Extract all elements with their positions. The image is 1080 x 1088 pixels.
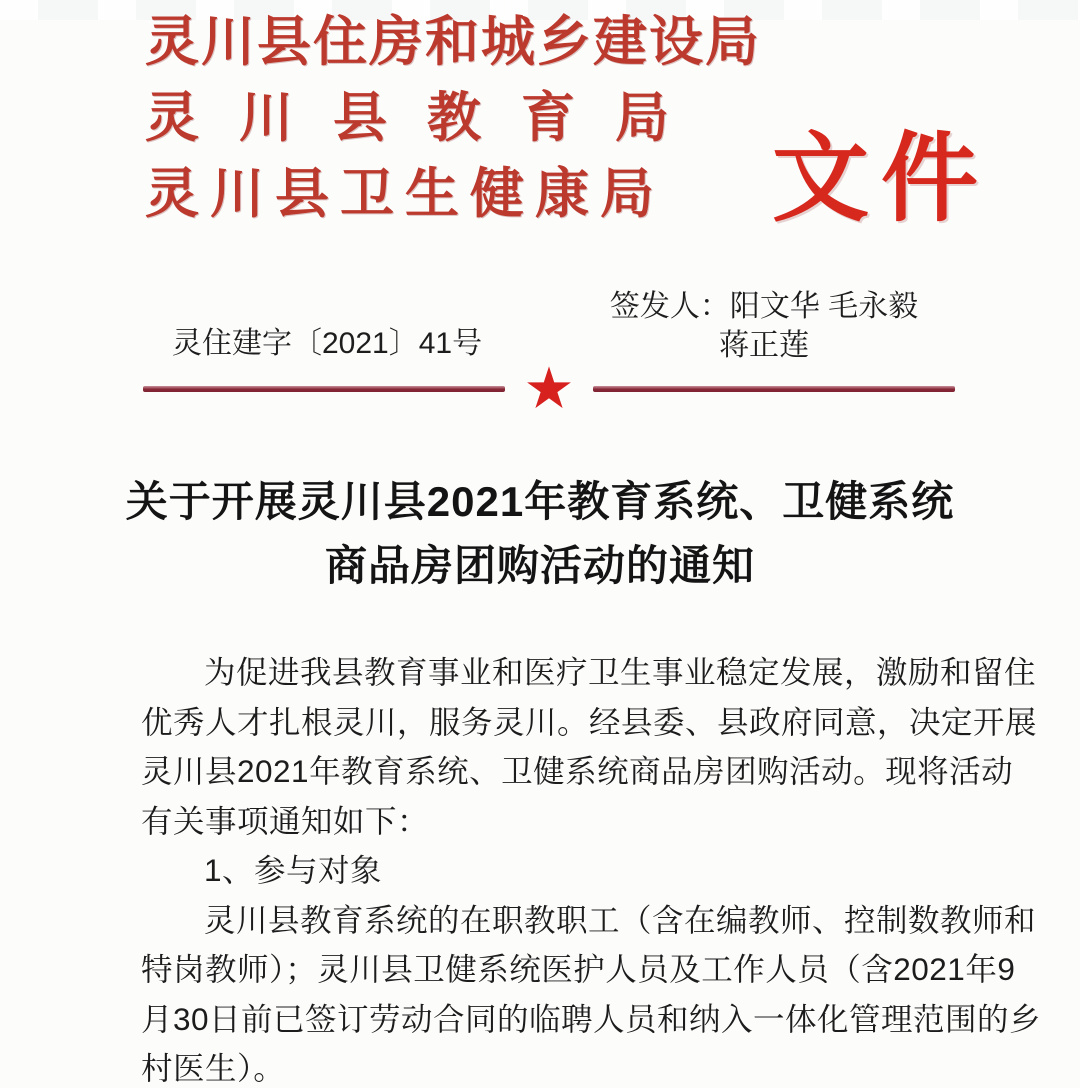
document-title: 关于开展灵川县2021年教育系统、卫健系统 商品房团购活动的通知 — [0, 470, 1080, 598]
body-line: 优秀人才扎根灵川，服务灵川。经县委、县政府同意，决定开展 — [141, 698, 973, 748]
star-icon: ★ — [505, 367, 593, 411]
body-line: 村医生）。 — [141, 1044, 973, 1088]
divider-line-right — [593, 386, 955, 392]
body-line: 有关事项通知如下： — [141, 797, 973, 847]
divider-line-left — [143, 386, 505, 392]
reference-number: 灵住建字〔2021〕41号 — [172, 326, 482, 362]
body-line: 灵川县教育系统的在职教职工（含在编教师、控制数教师和 — [141, 896, 973, 946]
agency-name-housing-bureau: 灵川县住房和城乡建设局 — [145, 12, 761, 72]
document-body: 为促进我县教育事业和医疗卫生事业稳定发展，激励和留住 优秀人才扎根灵川，服务灵川… — [141, 648, 973, 1088]
document-title-line-1: 关于开展灵川县2021年教育系统、卫健系统 — [0, 470, 1080, 534]
agency-name-health-bureau: 灵川县卫生健康局 — [145, 164, 665, 224]
document-title-line-2: 商品房团购活动的通知 — [0, 534, 1080, 598]
official-document-page: 灵川县住房和城乡建设局 灵川县教育局 灵川县卫生健康局 文件 灵住建字〔2021… — [0, 0, 1080, 1088]
red-divider: ★ — [143, 367, 955, 411]
document-type-label: 文件 — [772, 128, 990, 230]
issuer-block: 签发人：阳文华 毛永毅 蒋正莲 — [596, 287, 932, 365]
body-line: 特岗教师）；灵川县卫健系统医护人员及工作人员（含2021年9 — [141, 945, 973, 995]
body-line: 月30日前已签订劳动合同的临聘人员和纳入一体化管理范围的乡 — [141, 995, 973, 1045]
body-line: 为促进我县教育事业和医疗卫生事业稳定发展，激励和留住 — [141, 648, 973, 698]
body-line-section-heading: 1、参与对象 — [141, 846, 973, 896]
body-line: 灵川县2021年教育系统、卫健系统商品房团购活动。现将活动 — [141, 747, 973, 797]
issuer-line-2: 蒋正莲 — [596, 326, 932, 365]
agency-name-education-bureau: 灵川县教育局 — [145, 88, 709, 148]
issuer-line-1: 签发人：阳文华 毛永毅 — [596, 287, 932, 326]
